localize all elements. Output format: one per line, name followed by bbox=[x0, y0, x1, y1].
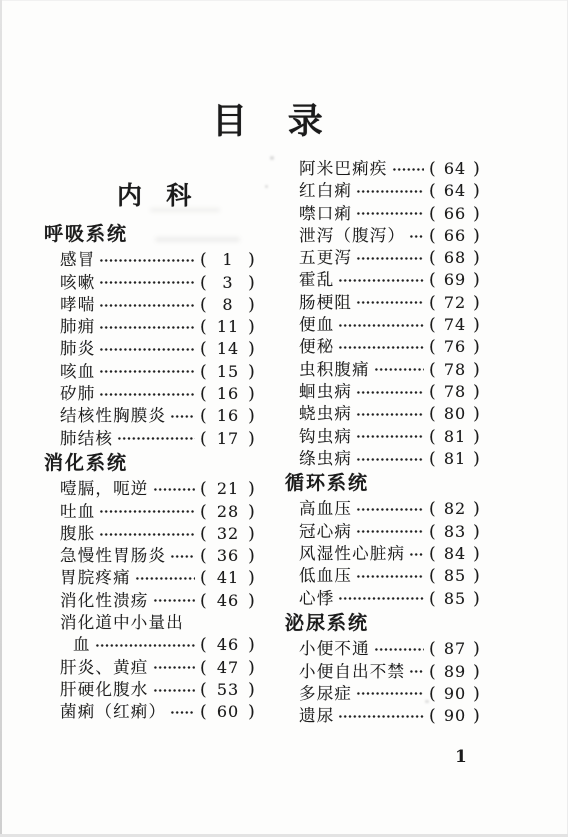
toc-entry: 噎膈，呃逆(21) bbox=[44, 478, 256, 500]
paren-close: ) bbox=[473, 448, 481, 470]
toc-entry-label: 矽肺 bbox=[60, 383, 95, 405]
page-value: 53 bbox=[217, 679, 239, 701]
toc-column-left: 呼吸系统感冒(1)咳嗽(3)哮喘(8)肺痈(11)肺炎(14)咳血(15)矽肺(… bbox=[44, 224, 256, 724]
paren-open: ( bbox=[429, 180, 437, 202]
toc-entry-page: (81) bbox=[429, 426, 481, 448]
page-value: 66 bbox=[444, 203, 466, 225]
paren-close: ) bbox=[248, 657, 256, 679]
paren-close: ) bbox=[473, 225, 481, 247]
toc-entry-label: 蛲虫病 bbox=[299, 403, 352, 425]
dot-leader bbox=[338, 714, 424, 719]
page-value: 17 bbox=[217, 428, 239, 450]
toc-entry-label: 咳嗽 bbox=[60, 272, 95, 294]
paren-open: ( bbox=[429, 683, 437, 705]
toc-entry-label: 泄泻（腹泻） bbox=[299, 225, 405, 247]
paren-close: ) bbox=[473, 705, 481, 727]
toc-entry: 噤口痢(66) bbox=[285, 203, 481, 225]
paren-open: ( bbox=[429, 638, 437, 660]
toc-entry-label: 肺痈 bbox=[60, 316, 95, 338]
toc-entry-page: (36) bbox=[200, 545, 256, 567]
dot-leader bbox=[99, 325, 195, 330]
paren-open: ( bbox=[200, 428, 208, 450]
page-value: 28 bbox=[217, 501, 239, 523]
paren-open: ( bbox=[429, 565, 437, 587]
paren-close: ) bbox=[473, 359, 481, 381]
paren-open: ( bbox=[200, 679, 208, 701]
dot-leader bbox=[99, 532, 195, 537]
toc-entry-label: 吐血 bbox=[60, 501, 95, 523]
toc-entry-label: 冠心病 bbox=[299, 521, 352, 543]
section-header: 循环系统 bbox=[285, 473, 481, 495]
dot-leader bbox=[117, 436, 195, 441]
paren-open: ( bbox=[429, 203, 437, 225]
page-value: 32 bbox=[217, 523, 239, 545]
page-value: 46 bbox=[217, 634, 239, 656]
toc-entry-page: (21) bbox=[200, 478, 256, 500]
toc-entry-page: (47) bbox=[200, 657, 256, 679]
dot-leader bbox=[356, 211, 424, 216]
dot-leader bbox=[153, 598, 196, 603]
page-value: 87 bbox=[444, 638, 466, 660]
toc-entry-page: (46) bbox=[200, 590, 256, 612]
toc-entry: 高血压(82) bbox=[285, 498, 481, 520]
dot-leader bbox=[374, 647, 424, 652]
dot-leader bbox=[356, 529, 424, 534]
paren-close: ) bbox=[473, 638, 481, 660]
page-value: 41 bbox=[217, 567, 239, 589]
paren-close: ) bbox=[248, 679, 256, 701]
toc-entry-page: (32) bbox=[200, 523, 256, 545]
page-value: 16 bbox=[217, 405, 239, 427]
toc-entry: 血(46) bbox=[44, 634, 256, 656]
paren-open: ( bbox=[429, 588, 437, 610]
toc-entry: 肺痈(11) bbox=[44, 316, 256, 338]
paren-open: ( bbox=[429, 403, 437, 425]
page-value: 84 bbox=[444, 543, 466, 565]
paren-open: ( bbox=[429, 314, 437, 336]
toc-entry: 小便自出不禁(89) bbox=[285, 661, 481, 683]
toc-entry: 红白痢(64) bbox=[285, 180, 481, 202]
paren-close: ) bbox=[248, 590, 256, 612]
toc-entry-label: 血 bbox=[60, 634, 91, 656]
toc-entry: 绦虫病(81) bbox=[285, 448, 481, 470]
paren-open: ( bbox=[429, 661, 437, 683]
toc-entry-label: 便血 bbox=[299, 314, 334, 336]
paren-close: ) bbox=[248, 428, 256, 450]
paren-open: ( bbox=[200, 567, 208, 589]
paren-close: ) bbox=[248, 405, 256, 427]
toc-entry-page: (1) bbox=[200, 249, 256, 271]
dot-leader bbox=[356, 457, 424, 462]
page-value: 46 bbox=[217, 590, 239, 612]
paren-open: ( bbox=[200, 316, 208, 338]
page-value: 83 bbox=[444, 521, 466, 543]
toc-entry-page: (76) bbox=[429, 336, 481, 358]
paren-open: ( bbox=[200, 383, 208, 405]
page-number: 1 bbox=[455, 747, 467, 767]
scan-artifact bbox=[265, 185, 268, 188]
toc-entry: 冠心病(83) bbox=[285, 521, 481, 543]
scan-edge-top bbox=[0, 0, 568, 1]
dot-leader bbox=[170, 554, 195, 559]
paren-open: ( bbox=[429, 426, 437, 448]
toc-entry-page: (17) bbox=[200, 428, 256, 450]
paren-close: ) bbox=[248, 249, 256, 271]
toc-entry: 便秘(76) bbox=[285, 336, 481, 358]
paren-close: ) bbox=[248, 701, 256, 723]
dot-leader bbox=[338, 596, 424, 601]
paren-close: ) bbox=[248, 634, 256, 656]
dot-leader bbox=[153, 688, 196, 693]
dot-leader bbox=[99, 280, 195, 285]
toc-entry: 吐血(28) bbox=[44, 501, 256, 523]
dot-leader bbox=[409, 234, 424, 239]
dot-leader bbox=[338, 278, 424, 283]
dot-leader bbox=[99, 303, 195, 308]
toc-entry: 咳血(15) bbox=[44, 361, 256, 383]
paren-close: ) bbox=[248, 545, 256, 567]
toc-entry: 泄泻（腹泻）(66) bbox=[285, 225, 481, 247]
toc-entry-label: 五更泻 bbox=[299, 247, 352, 269]
page-value: 81 bbox=[444, 448, 466, 470]
page-value: 82 bbox=[444, 498, 466, 520]
dot-leader bbox=[356, 189, 424, 194]
toc-entry: 矽肺(16) bbox=[44, 383, 256, 405]
paren-open: ( bbox=[429, 247, 437, 269]
toc-entry-label: 肝炎、黄疸 bbox=[60, 657, 149, 679]
toc-entry-page: (89) bbox=[429, 661, 481, 683]
dot-leader bbox=[99, 392, 195, 397]
toc-entry-label: 急慢性胃肠炎 bbox=[60, 545, 166, 567]
paren-open: ( bbox=[200, 294, 208, 316]
toc-entry-page: (16) bbox=[200, 405, 256, 427]
paren-open: ( bbox=[200, 501, 208, 523]
toc-entry-label: 消化道中小量出 bbox=[60, 612, 184, 634]
toc-entry-label: 绦虫病 bbox=[299, 448, 352, 470]
toc-entry-label: 小便自出不禁 bbox=[299, 661, 405, 683]
toc-entry: 五更泻(68) bbox=[285, 247, 481, 269]
dot-leader bbox=[338, 323, 424, 328]
toc-entry-label: 多尿症 bbox=[299, 683, 352, 705]
toc-entry: 腹胀(32) bbox=[44, 523, 256, 545]
page-value: 85 bbox=[444, 565, 466, 587]
toc-entry-label: 小便不通 bbox=[299, 638, 370, 660]
paren-close: ) bbox=[473, 543, 481, 565]
paren-open: ( bbox=[429, 381, 437, 403]
dot-leader bbox=[356, 256, 424, 261]
toc-entry-page: (78) bbox=[429, 381, 481, 403]
dot-leader bbox=[99, 347, 195, 352]
paren-open: ( bbox=[200, 272, 208, 294]
toc-entry: 蛲虫病(80) bbox=[285, 403, 481, 425]
toc-entry-page: (69) bbox=[429, 269, 481, 291]
paren-open: ( bbox=[429, 359, 437, 381]
paren-open: ( bbox=[200, 634, 208, 656]
paren-close: ) bbox=[473, 180, 481, 202]
paren-close: ) bbox=[473, 292, 481, 314]
paren-open: ( bbox=[429, 225, 437, 247]
page-value: 16 bbox=[217, 383, 239, 405]
paren-close: ) bbox=[473, 661, 481, 683]
dot-leader bbox=[374, 367, 424, 372]
toc-entry-label: 肠梗阻 bbox=[299, 292, 352, 314]
paren-open: ( bbox=[200, 523, 208, 545]
toc-entry-page: (87) bbox=[429, 638, 481, 660]
page-value: 80 bbox=[444, 403, 466, 425]
toc-entry-page: (41) bbox=[200, 567, 256, 589]
toc-entry-page: (3) bbox=[200, 272, 256, 294]
dot-leader bbox=[135, 576, 195, 581]
page-title: 目 录 bbox=[212, 94, 325, 144]
page-value: 3 bbox=[222, 272, 233, 294]
scan-artifact bbox=[270, 156, 274, 160]
toc-entry: 钩虫病(81) bbox=[285, 426, 481, 448]
dot-leader bbox=[99, 258, 195, 263]
paren-close: ) bbox=[473, 203, 481, 225]
toc-entry-page: (90) bbox=[429, 683, 481, 705]
toc-entry: 低血压(85) bbox=[285, 565, 481, 587]
toc-column-right: 阿米巴痢疾(64)红白痢(64)噤口痢(66)泄泻（腹泻）(66)五更泻(68)… bbox=[285, 158, 481, 727]
toc-entry-label: 哮喘 bbox=[60, 294, 95, 316]
paren-open: ( bbox=[429, 269, 437, 291]
page-value: 76 bbox=[444, 336, 466, 358]
toc-entry-page: (82) bbox=[429, 498, 481, 520]
toc-entry: 急慢性胃肠炎(36) bbox=[44, 545, 256, 567]
page-value: 60 bbox=[217, 701, 239, 723]
page-value: 68 bbox=[444, 247, 466, 269]
toc-entry-label: 蛔虫病 bbox=[299, 381, 352, 403]
toc-entry-label: 咳血 bbox=[60, 361, 95, 383]
paren-close: ) bbox=[248, 338, 256, 360]
toc-entry: 消化性溃疡(46) bbox=[44, 590, 256, 612]
toc-entry-label: 虫积腹痛 bbox=[299, 359, 370, 381]
scan-edge-left bbox=[0, 0, 2, 837]
toc-entry-label: 肺结核 bbox=[60, 428, 113, 450]
page-value: 72 bbox=[444, 292, 466, 314]
toc-entry-page: (28) bbox=[200, 501, 256, 523]
paren-close: ) bbox=[248, 316, 256, 338]
toc-entry-label: 噎膈，呃逆 bbox=[60, 478, 149, 500]
dot-leader bbox=[356, 434, 424, 439]
paren-open: ( bbox=[429, 498, 437, 520]
paren-open: ( bbox=[200, 657, 208, 679]
toc-entry: 肺炎(14) bbox=[44, 338, 256, 360]
paren-open: ( bbox=[429, 543, 437, 565]
toc-entry: 小便不通(87) bbox=[285, 638, 481, 660]
toc-entry-page: (11) bbox=[200, 316, 256, 338]
toc-entry-label: 感冒 bbox=[60, 249, 95, 271]
page-value: 66 bbox=[444, 225, 466, 247]
toc-entry-page: (66) bbox=[429, 225, 481, 247]
paren-close: ) bbox=[473, 403, 481, 425]
part-title: 内 科 bbox=[117, 176, 192, 212]
dot-leader bbox=[170, 414, 195, 419]
toc-entry-page: (15) bbox=[200, 361, 256, 383]
paren-close: ) bbox=[473, 683, 481, 705]
page-value: 8 bbox=[222, 294, 233, 316]
paren-close: ) bbox=[473, 498, 481, 520]
paren-open: ( bbox=[429, 705, 437, 727]
toc-entry-label: 低血压 bbox=[299, 565, 352, 587]
page-value: 85 bbox=[444, 588, 466, 610]
toc-entry: 消化道中小量出 bbox=[44, 612, 256, 634]
toc-entry-page: (72) bbox=[429, 292, 481, 314]
toc-entry-page: (14) bbox=[200, 338, 256, 360]
paren-open: ( bbox=[200, 545, 208, 567]
toc-entry-label: 红白痢 bbox=[299, 180, 352, 202]
toc-entry: 咳嗽(3) bbox=[44, 272, 256, 294]
page-value: 15 bbox=[217, 361, 239, 383]
paren-close: ) bbox=[473, 426, 481, 448]
dot-leader bbox=[356, 412, 424, 417]
paren-open: ( bbox=[200, 478, 208, 500]
paren-close: ) bbox=[473, 588, 481, 610]
page-value: 14 bbox=[217, 338, 239, 360]
section-header: 呼吸系统 bbox=[44, 224, 256, 246]
paren-close: ) bbox=[248, 501, 256, 523]
page-value: 47 bbox=[217, 657, 239, 679]
paren-open: ( bbox=[200, 249, 208, 271]
dot-leader bbox=[95, 643, 195, 648]
paren-close: ) bbox=[248, 567, 256, 589]
toc-entry-page: (83) bbox=[429, 521, 481, 543]
dot-leader bbox=[356, 507, 424, 512]
dot-leader bbox=[356, 300, 424, 305]
toc-entry-label: 胃脘疼痛 bbox=[60, 567, 131, 589]
paren-open: ( bbox=[429, 521, 437, 543]
dot-leader bbox=[409, 669, 424, 674]
page-value: 11 bbox=[217, 316, 239, 338]
toc-entry-page: (60) bbox=[200, 701, 256, 723]
dot-leader bbox=[338, 345, 424, 350]
page-value: 64 bbox=[444, 158, 466, 180]
toc-entry: 蛔虫病(78) bbox=[285, 381, 481, 403]
paren-close: ) bbox=[473, 521, 481, 543]
toc-entry: 便血(74) bbox=[285, 314, 481, 336]
toc-entry-page: (64) bbox=[429, 158, 481, 180]
paren-close: ) bbox=[248, 523, 256, 545]
toc-entry-page: (90) bbox=[429, 705, 481, 727]
dot-leader bbox=[99, 369, 195, 374]
toc-entry-label: 霍乱 bbox=[299, 269, 334, 291]
paren-open: ( bbox=[200, 361, 208, 383]
toc-entry-page: (84) bbox=[429, 543, 481, 565]
paren-close: ) bbox=[473, 336, 481, 358]
page-value: 90 bbox=[444, 705, 466, 727]
toc-entry-page: (78) bbox=[429, 359, 481, 381]
scanned-page: 目 录 内 科 呼吸系统感冒(1)咳嗽(3)哮喘(8)肺痈(11)肺炎(14)咳… bbox=[0, 0, 568, 837]
toc-entry: 虫积腹痛(78) bbox=[285, 359, 481, 381]
toc-entry-page: (53) bbox=[200, 679, 256, 701]
toc-entry: 肝硬化腹水(53) bbox=[44, 679, 256, 701]
toc-entry-label: 消化性溃疡 bbox=[60, 590, 149, 612]
dot-leader bbox=[392, 167, 425, 172]
dot-leader bbox=[99, 509, 195, 514]
page-value: 90 bbox=[444, 683, 466, 705]
toc-entry: 多尿症(90) bbox=[285, 683, 481, 705]
dot-leader bbox=[153, 665, 196, 670]
section-header: 泌尿系统 bbox=[285, 613, 481, 635]
paren-close: ) bbox=[473, 158, 481, 180]
toc-entry-label: 便秘 bbox=[299, 336, 334, 358]
paren-close: ) bbox=[248, 294, 256, 316]
page-value: 1 bbox=[222, 249, 233, 271]
toc-entry-label: 噤口痢 bbox=[299, 203, 352, 225]
toc-entry: 霍乱(69) bbox=[285, 269, 481, 291]
toc-entry-label: 肝硬化腹水 bbox=[60, 679, 149, 701]
dot-leader bbox=[170, 710, 195, 715]
paren-open: ( bbox=[429, 336, 437, 358]
toc-entry: 肠梗阻(72) bbox=[285, 292, 481, 314]
paren-open: ( bbox=[200, 338, 208, 360]
toc-entry-page: (85) bbox=[429, 565, 481, 587]
page-value: 78 bbox=[444, 359, 466, 381]
paren-close: ) bbox=[473, 247, 481, 269]
paren-open: ( bbox=[429, 158, 437, 180]
page-value: 89 bbox=[444, 661, 466, 683]
toc-entry-page: (66) bbox=[429, 203, 481, 225]
toc-entry: 遗尿(90) bbox=[285, 705, 481, 727]
paren-close: ) bbox=[248, 383, 256, 405]
toc-entry-label: 风湿性心脏病 bbox=[299, 543, 405, 565]
paren-close: ) bbox=[248, 272, 256, 294]
toc-entry: 哮喘(8) bbox=[44, 294, 256, 316]
toc-entry-label: 菌痢（红痢） bbox=[60, 701, 166, 723]
toc-entry: 心悸(85) bbox=[285, 588, 481, 610]
page-value: 21 bbox=[217, 478, 239, 500]
paren-open: ( bbox=[429, 292, 437, 314]
toc-entry-label: 高血压 bbox=[299, 498, 352, 520]
page-value: 74 bbox=[444, 314, 466, 336]
page-value: 36 bbox=[217, 545, 239, 567]
toc-entry-label: 遗尿 bbox=[299, 705, 334, 727]
dot-leader bbox=[356, 574, 424, 579]
toc-entry: 风湿性心脏病(84) bbox=[285, 543, 481, 565]
toc-entry-page: (80) bbox=[429, 403, 481, 425]
toc-entry: 胃脘疼痛(41) bbox=[44, 567, 256, 589]
toc-entry-page: (85) bbox=[429, 588, 481, 610]
paren-open: ( bbox=[429, 448, 437, 470]
toc-entry-page: (68) bbox=[429, 247, 481, 269]
toc-entry-label: 腹胀 bbox=[60, 523, 95, 545]
toc-entry: 菌痢（红痢）(60) bbox=[44, 701, 256, 723]
toc-entry-label: 阿米巴痢疾 bbox=[299, 158, 388, 180]
paren-close: ) bbox=[473, 269, 481, 291]
section-header: 消化系统 bbox=[44, 453, 256, 475]
page-value: 64 bbox=[444, 180, 466, 202]
toc-entry: 肺结核(17) bbox=[44, 428, 256, 450]
page-value: 78 bbox=[444, 381, 466, 403]
toc-entry-label: 心悸 bbox=[299, 588, 334, 610]
paren-open: ( bbox=[200, 590, 208, 612]
paren-close: ) bbox=[248, 361, 256, 383]
dot-leader bbox=[356, 691, 424, 696]
paren-open: ( bbox=[200, 701, 208, 723]
toc-entry-page: (64) bbox=[429, 180, 481, 202]
toc-entry: 肝炎、黄疸(47) bbox=[44, 657, 256, 679]
page-value: 69 bbox=[444, 269, 466, 291]
toc-entry-page: (16) bbox=[200, 383, 256, 405]
dot-leader bbox=[356, 390, 424, 395]
paren-close: ) bbox=[473, 314, 481, 336]
paren-close: ) bbox=[248, 478, 256, 500]
toc-entry: 结核性胸膜炎(16) bbox=[44, 405, 256, 427]
dot-leader bbox=[409, 552, 424, 557]
toc-entry: 阿米巴痢疾(64) bbox=[285, 158, 481, 180]
toc-entry-label: 结核性胸膜炎 bbox=[60, 405, 166, 427]
toc-entry-page: (74) bbox=[429, 314, 481, 336]
page-value: 81 bbox=[444, 426, 466, 448]
